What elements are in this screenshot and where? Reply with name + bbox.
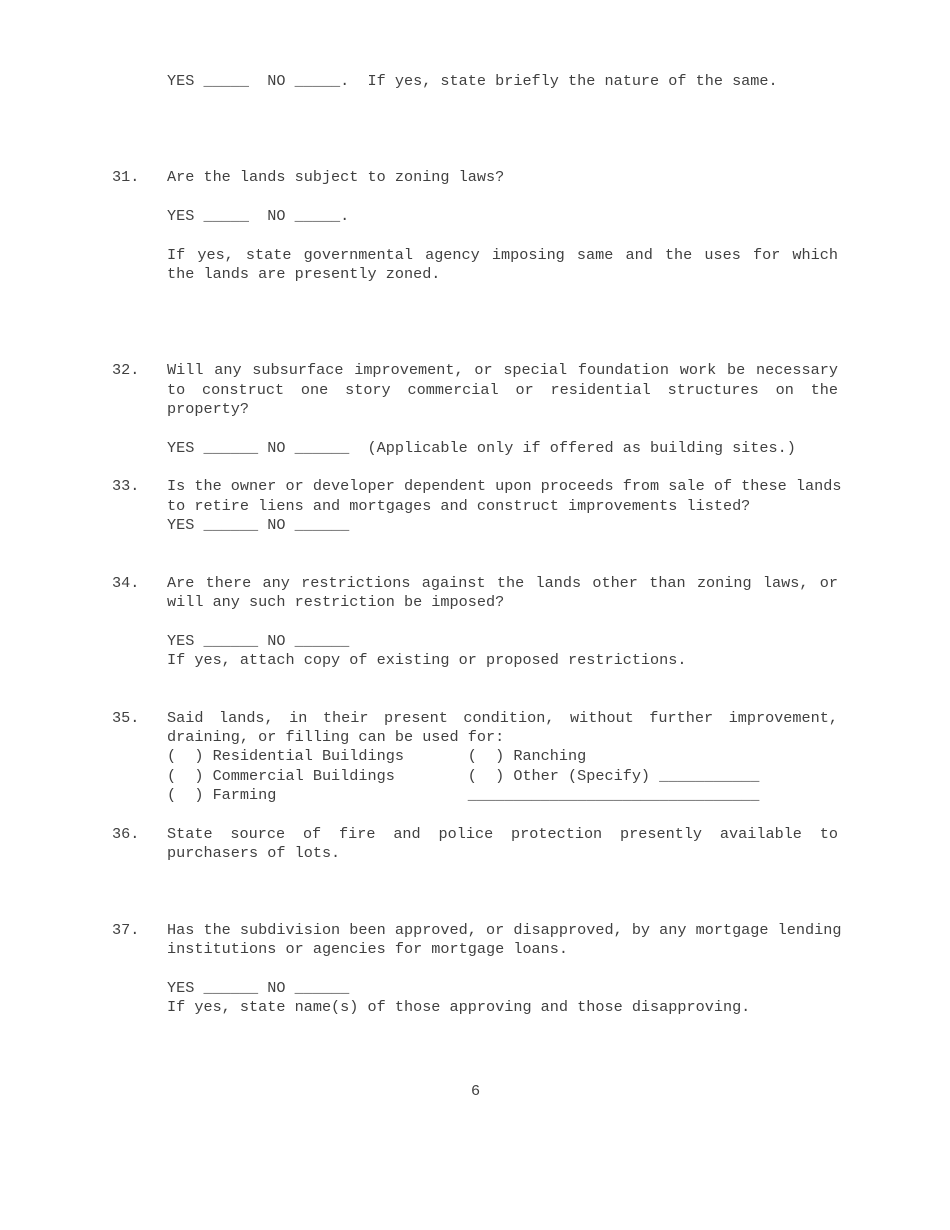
form-line-row: 35.Said lands, in their present conditio… xyxy=(112,709,847,728)
blank-line xyxy=(112,960,847,979)
instruction-text: the lands are presently zoned. xyxy=(167,265,838,284)
form-line-row: will any such restriction be imposed? xyxy=(112,593,847,612)
question-text: Is the owner or developer dependent upon… xyxy=(167,477,838,496)
question-text: Will any subsurface improvement, or spec… xyxy=(167,361,838,380)
form-line-row: purchasers of lots. xyxy=(112,844,847,863)
blank-line xyxy=(112,670,847,689)
form-line-row: If yes, state governmental agency imposi… xyxy=(112,246,847,265)
question-text: Has the subdivision been approved, or di… xyxy=(167,921,838,940)
question-number: 37. xyxy=(112,921,167,940)
instruction-text: If yes, state name(s) of those approving… xyxy=(167,998,838,1017)
form-line-row: property? xyxy=(112,400,847,419)
blank-line xyxy=(112,554,847,573)
form-line-row: YES ______ NO ______ xyxy=(112,516,847,535)
form-line-row: 36.State source of fire and police prote… xyxy=(112,825,847,844)
question-text: Are there any restrictions against the l… xyxy=(167,574,838,593)
form-line-row: YES ______ NO ______ xyxy=(112,979,847,998)
question-text: to retire liens and mortgages and constr… xyxy=(167,497,838,516)
form-line-row: 32.Will any subsurface improvement, or s… xyxy=(112,361,847,380)
form-line-row: 37.Has the subdivision been approved, or… xyxy=(112,921,847,940)
question-text: Are the lands subject to zoning laws? xyxy=(167,168,838,187)
blank-line xyxy=(112,284,847,303)
form-line-row: 31.Are the lands subject to zoning laws? xyxy=(112,168,847,187)
blank-line xyxy=(112,304,847,323)
question-number: 33. xyxy=(112,477,167,496)
page-footer: 6 xyxy=(112,1082,839,1101)
yes-no-blanks-line: YES _____ NO _____. xyxy=(167,207,838,226)
form-body: YES _____ NO _____. If yes, state briefl… xyxy=(112,72,847,1018)
question-text: to construct one story commercial or res… xyxy=(167,381,838,400)
form-line-row: YES ______ NO ______ xyxy=(112,632,847,651)
blank-line xyxy=(112,882,847,901)
question-number: 35. xyxy=(112,709,167,728)
form-line-row: If yes, attach copy of existing or propo… xyxy=(112,651,847,670)
checkbox-option-row: ( ) Commercial Buildings ( ) Other (Spec… xyxy=(167,767,838,786)
form-line-row: to retire liens and mortgages and constr… xyxy=(112,497,847,516)
blank-line xyxy=(112,690,847,709)
blank-line xyxy=(112,419,847,438)
question-text: draining, or filling can be used for: xyxy=(167,728,838,747)
blank-line xyxy=(112,612,847,631)
yes-no-blanks-line: YES ______ NO ______ xyxy=(167,632,838,651)
instruction-text: If yes, attach copy of existing or propo… xyxy=(167,651,838,670)
question-text: Said lands, in their present condition, … xyxy=(167,709,838,728)
yes-no-blanks-line: YES ______ NO ______ (Applicable only if… xyxy=(167,439,838,458)
blank-line xyxy=(112,805,847,824)
blank-line xyxy=(112,863,847,882)
form-line-row: YES _____ NO _____. If yes, state briefl… xyxy=(112,72,847,91)
blank-line xyxy=(112,149,847,168)
form-line-row: to construct one story commercial or res… xyxy=(112,381,847,400)
blank-line xyxy=(112,458,847,477)
question-number: 34. xyxy=(112,574,167,593)
form-line-row: 33.Is the owner or developer dependent u… xyxy=(112,477,847,496)
instruction-text: If yes, state governmental agency imposi… xyxy=(167,246,838,265)
document-page: YES _____ NO _____. If yes, state briefl… xyxy=(0,0,950,1230)
form-line-row: YES ______ NO ______ (Applicable only if… xyxy=(112,439,847,458)
question-number: 32. xyxy=(112,361,167,380)
form-line-row: 34.Are there any restrictions against th… xyxy=(112,574,847,593)
form-line-row: ( ) Residential Buildings ( ) Ranching xyxy=(112,747,847,766)
checkbox-option-row: ( ) Farming ____________________________… xyxy=(167,786,838,805)
blank-line xyxy=(112,226,847,245)
form-line-row: the lands are presently zoned. xyxy=(112,265,847,284)
blank-line xyxy=(112,342,847,361)
blank-line xyxy=(112,188,847,207)
yes-no-blanks-line: YES ______ NO ______ xyxy=(167,516,838,535)
form-line-row: institutions or agencies for mortgage lo… xyxy=(112,940,847,959)
form-line-row: ( ) Farming ____________________________… xyxy=(112,786,847,805)
blank-line xyxy=(112,111,847,130)
question-text: purchasers of lots. xyxy=(167,844,838,863)
form-line-row: YES _____ NO _____. xyxy=(112,207,847,226)
form-line-row: draining, or filling can be used for: xyxy=(112,728,847,747)
question-text: institutions or agencies for mortgage lo… xyxy=(167,940,838,959)
blank-line xyxy=(112,535,847,554)
question-text: State source of fire and police protecti… xyxy=(167,825,838,844)
blank-line xyxy=(112,130,847,149)
blank-line xyxy=(112,323,847,342)
question-number: 31. xyxy=(112,168,167,187)
form-line-row: If yes, state name(s) of those approving… xyxy=(112,998,847,1017)
yes-no-blanks-line: YES ______ NO ______ xyxy=(167,979,838,998)
checkbox-option-row: ( ) Residential Buildings ( ) Ranching xyxy=(167,747,838,766)
blank-line xyxy=(112,91,847,110)
form-line-row: ( ) Commercial Buildings ( ) Other (Spec… xyxy=(112,767,847,786)
yes-no-blanks-line: YES _____ NO _____. If yes, state briefl… xyxy=(167,72,838,91)
question-text: will any such restriction be imposed? xyxy=(167,593,838,612)
question-text: property? xyxy=(167,400,838,419)
page-number: 6 xyxy=(471,1082,480,1100)
blank-line xyxy=(112,902,847,921)
question-number: 36. xyxy=(112,825,167,844)
